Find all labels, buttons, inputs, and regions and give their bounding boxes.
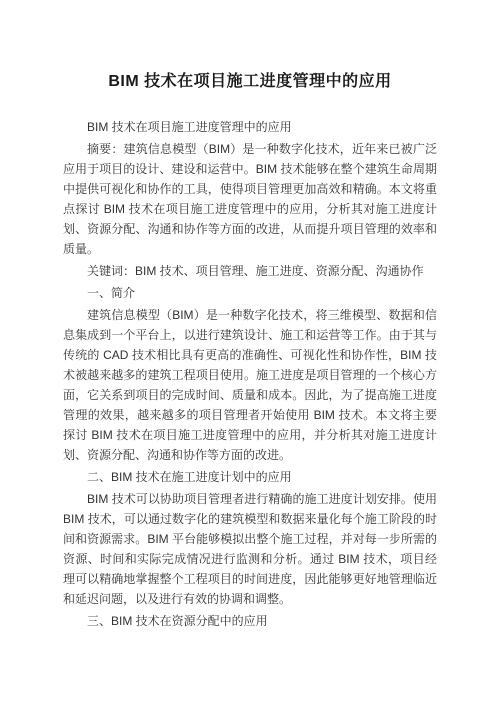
- document-subtitle-line: BIM 技术在项目施工进度管理中的应用: [63, 117, 437, 137]
- section-2-paragraph: BIM 技术可以协助项目管理者进行精确的施工进度计划安排。使用 BIM 技术，可…: [63, 489, 437, 609]
- document-title: BIM 技术在项目施工进度管理中的应用: [63, 69, 437, 95]
- keywords-paragraph: 关键词：BIM 技术、项目管理、施工进度、资源分配、沟通协作: [63, 261, 437, 281]
- section-heading-3: 三、BIM 技术在资源分配中的应用: [63, 611, 437, 631]
- section-heading-2: 二、BIM 技术在施工进度计划中的应用: [63, 467, 437, 487]
- section-1-paragraph: 建筑信息模型（BIM）是一种数字化技术，将三维模型、数据和信息集成到一个平台上，…: [63, 305, 437, 465]
- document-page: BIM 技术在项目施工进度管理中的应用 BIM 技术在项目施工进度管理中的应用 …: [0, 0, 500, 707]
- section-heading-1: 一、简介: [63, 283, 437, 303]
- abstract-paragraph: 摘要：建筑信息模型（BIM）是一种数字化技术，近年来已被广泛应用于项目的设计、建…: [63, 139, 437, 259]
